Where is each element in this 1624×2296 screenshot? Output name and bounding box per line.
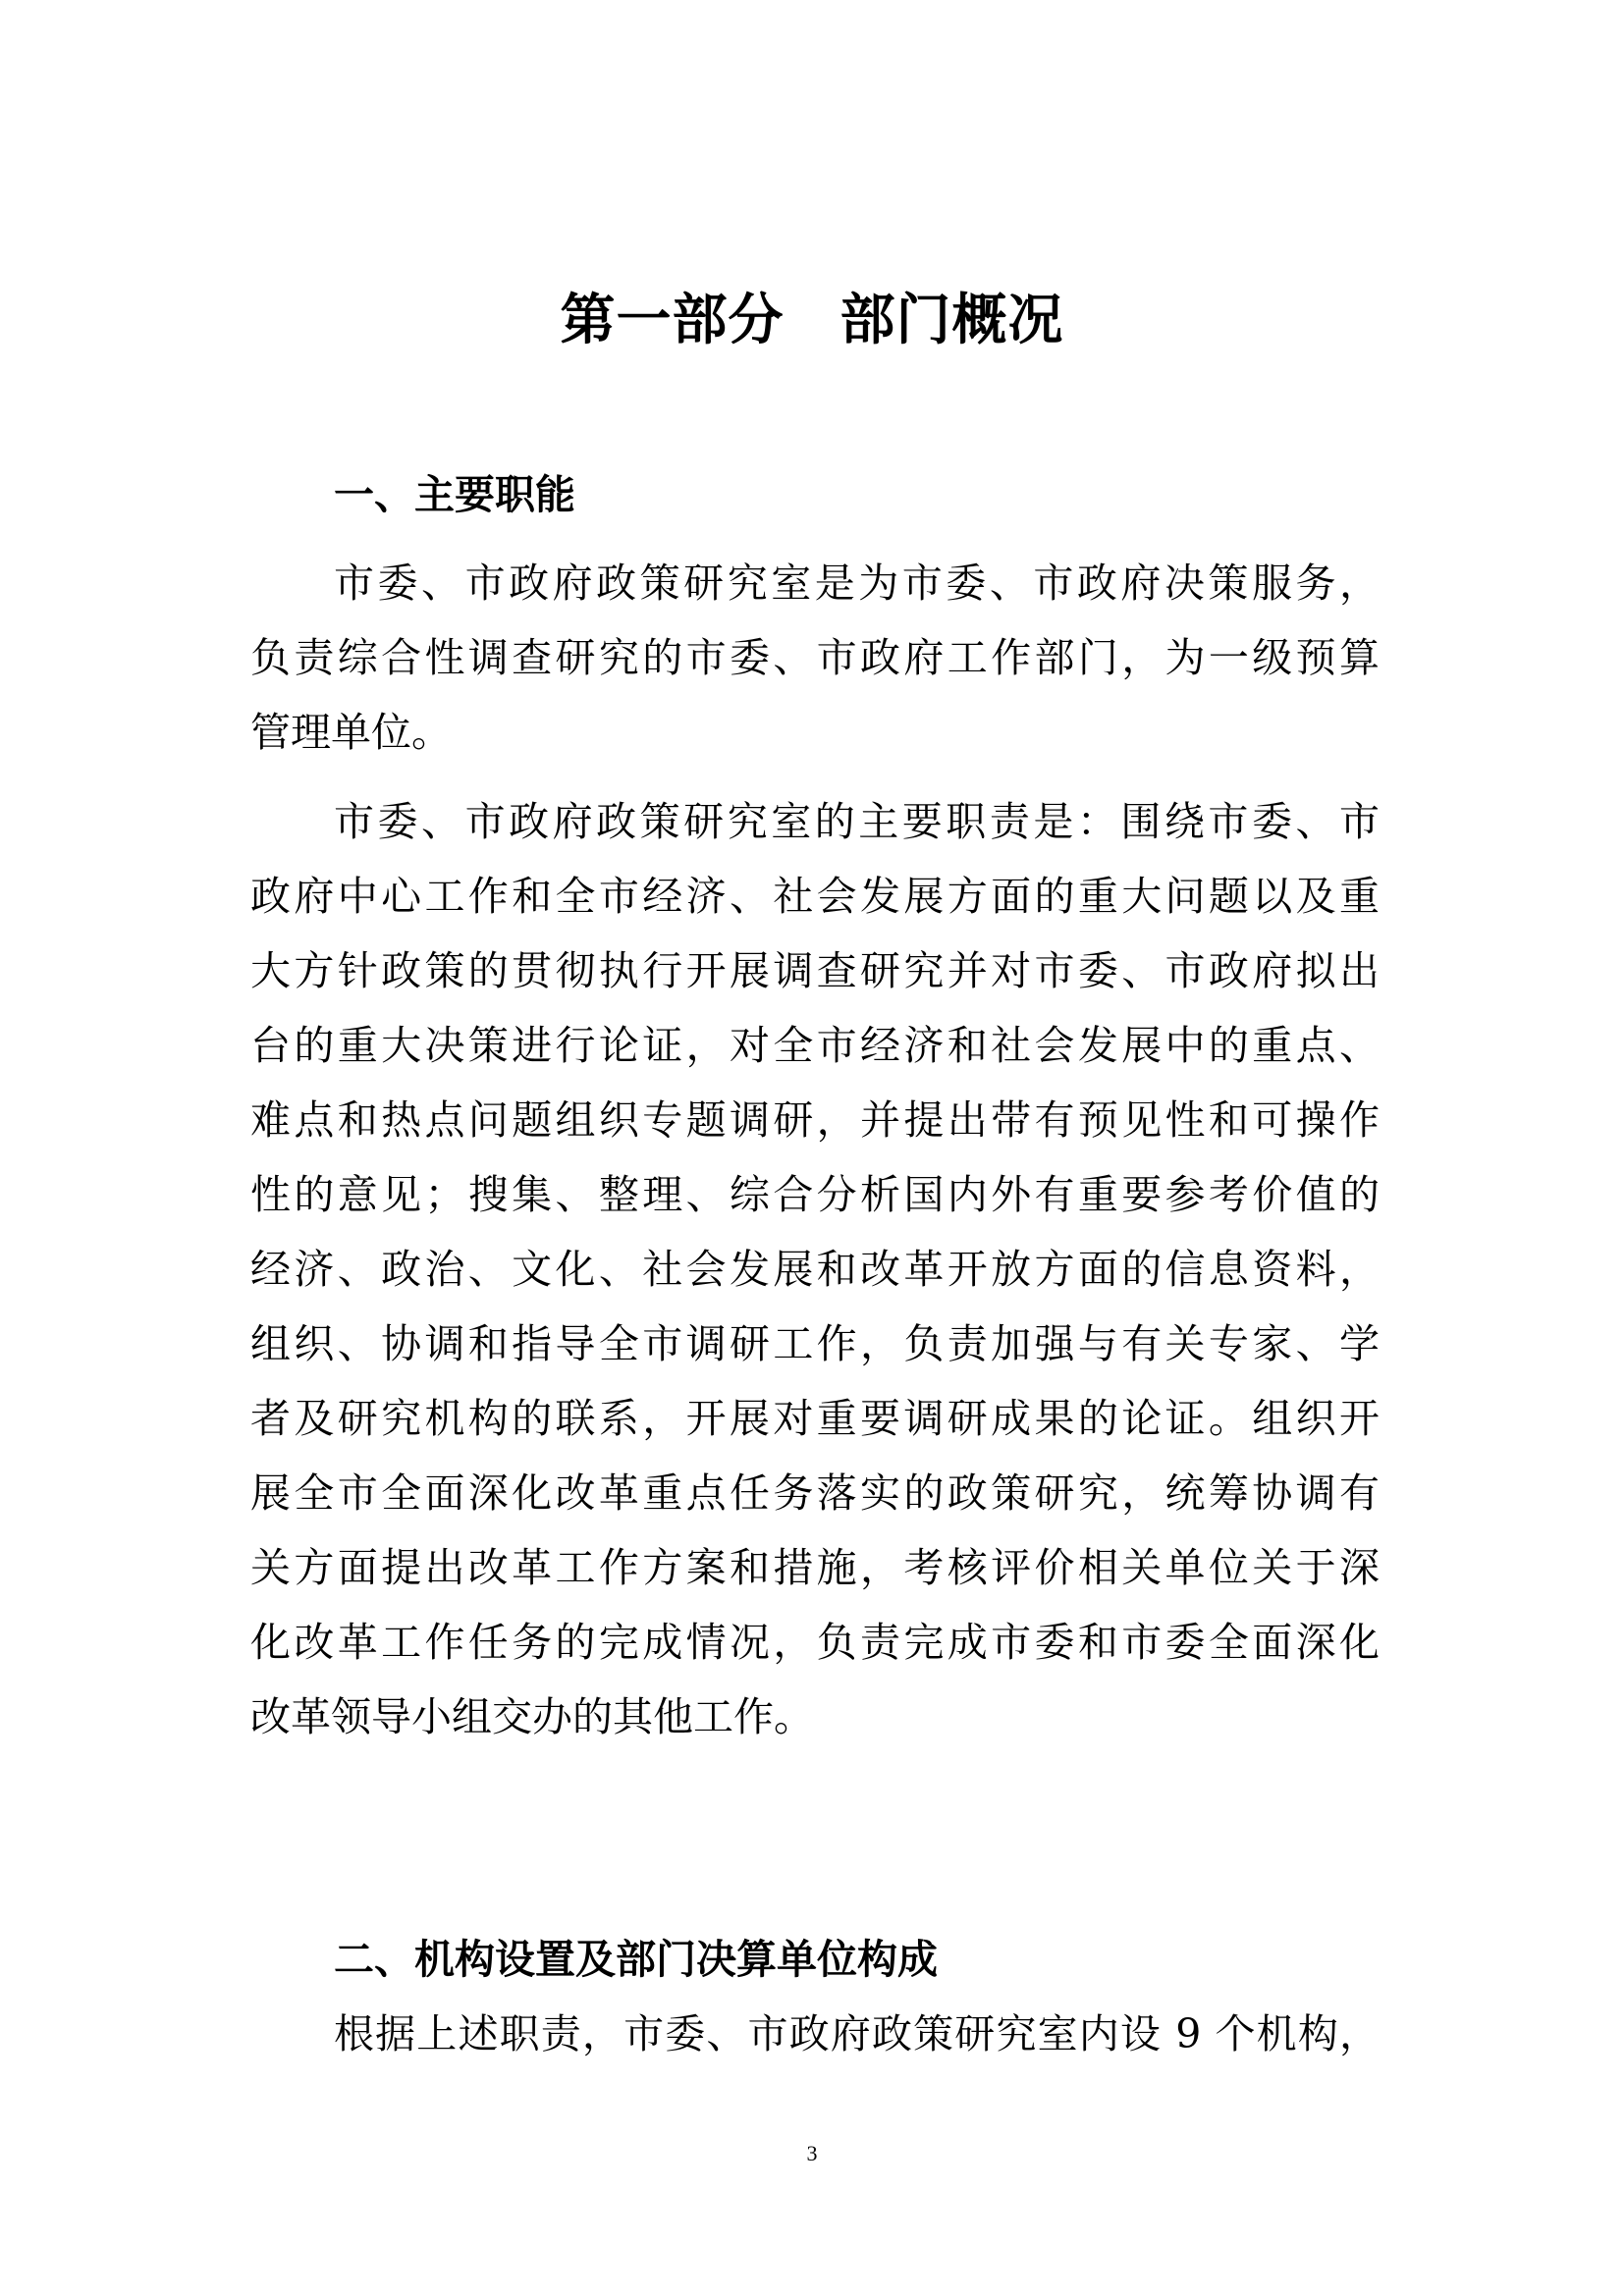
paragraph-line: 经济、政治、文化、社会发展和改革开放方面的信息资料， bbox=[250, 1242, 1380, 1297]
paragraph-line: 组织、协调和指导全市调研工作，负责加强与有关专家、学 bbox=[250, 1316, 1380, 1371]
paragraph-line: 根据上述职责，市委、市政府政策研究室内设 9 个机构， bbox=[334, 2006, 1380, 2061]
paragraph-line: 难点和热点问题组织专题调研，并提出带有预见性和可操作 bbox=[250, 1093, 1380, 1148]
paragraph-line: 改革领导小组交办的其他工作。 bbox=[250, 1689, 1380, 1744]
paragraph-line: 市委、市政府政策研究室的主要职责是：围绕市委、市 bbox=[334, 794, 1380, 849]
paragraph-line: 展全市全面深化改革重点任务落实的政策研究，统筹协调有 bbox=[250, 1466, 1380, 1521]
paragraph-line: 管理单位。 bbox=[250, 705, 1380, 760]
section-heading-main-functions: 一、主要职能 bbox=[334, 467, 575, 522]
paragraph-line: 化改革工作任务的完成情况，负责完成市委和市委全面深化 bbox=[250, 1615, 1380, 1670]
paragraph-line: 政府中心工作和全市经济、社会发展方面的重大问题以及重 bbox=[250, 869, 1380, 924]
page-number: 3 bbox=[0, 2140, 1624, 2167]
paragraph-line: 台的重大决策进行论证，对全市经济和社会发展中的重点、 bbox=[250, 1018, 1380, 1073]
paragraph-line: 大方针政策的贯彻执行开展调查研究并对市委、市政府拟出 bbox=[250, 943, 1380, 998]
paragraph-line: 性的意见；搜集、整理、综合分析国内外有重要参考价值的 bbox=[250, 1167, 1380, 1222]
paragraph-line: 关方面提出改革工作方案和措施，考核评价相关单位关于深 bbox=[250, 1540, 1380, 1595]
document-page: 第一部分 部门概况 一、主要职能 市委、市政府政策研究室是为市委、市政府决策服务… bbox=[0, 0, 1624, 2296]
paragraph-line: 负责综合性调查研究的市委、市政府工作部门，为一级预算 bbox=[250, 630, 1380, 685]
paragraph-line: 市委、市政府政策研究室是为市委、市政府决策服务， bbox=[334, 556, 1380, 611]
section-heading-organization: 二、机构设置及部门决算单位构成 bbox=[334, 1932, 938, 1987]
page-title: 第一部分 部门概况 bbox=[0, 287, 1624, 355]
paragraph-line: 者及研究机构的联系，开展对重要调研成果的论证。组织开 bbox=[250, 1391, 1380, 1446]
